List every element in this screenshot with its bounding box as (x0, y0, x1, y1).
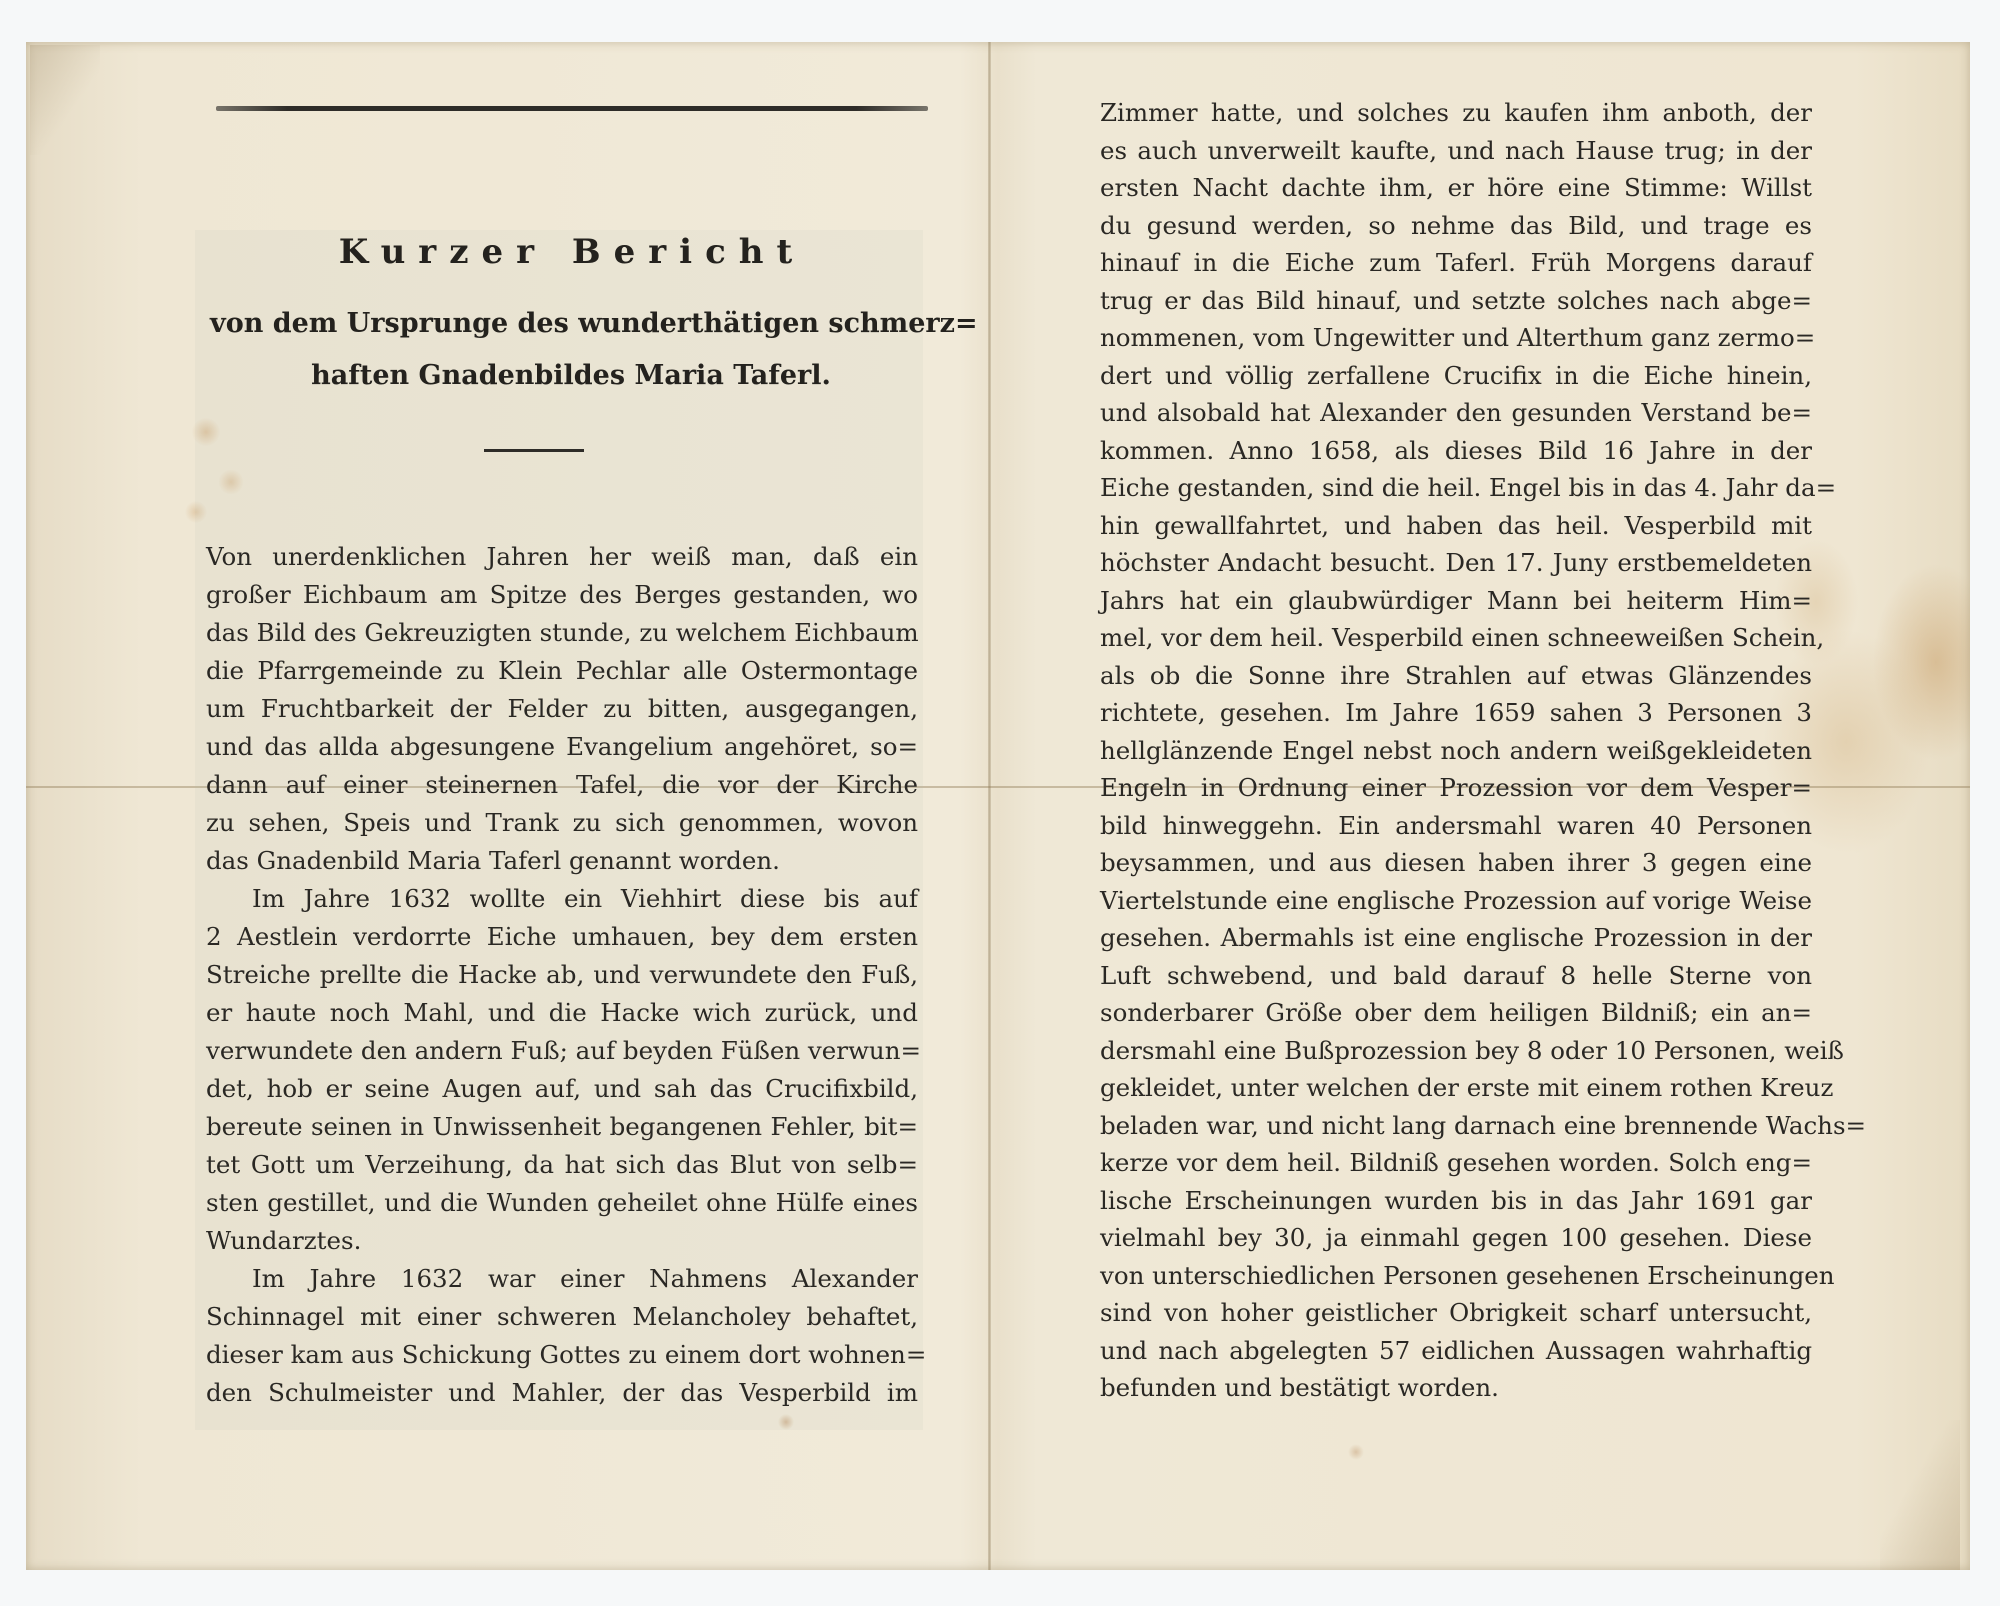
text-line: sten gestillet, und die Wunden geheilet … (206, 1186, 918, 1220)
text-line: zu sehen, Speis und Trank zu sich genomm… (206, 806, 918, 840)
text-line: vielmahl bey 30, ja einmahl gegen 100 ge… (1100, 1221, 1812, 1255)
text-line: richtete, gesehen. Im Jahre 1659 sahen 3… (1100, 696, 1812, 730)
text-line: die Pfarrgemeinde zu Klein Pechlar alle … (206, 654, 918, 688)
text-line: Luft schwebend, und bald darauf 8 helle … (1100, 959, 1812, 993)
subtitle-line: von dem Ursprunge des wunderthätigen sch… (210, 308, 932, 339)
text-line: dann auf einer steinernen Tafel, die vor… (206, 768, 918, 802)
text-line: dersmahl eine Bußprozession bey 8 oder 1… (1100, 1034, 1812, 1068)
text-line: Von unerdenklichen Jahren her weiß man, … (206, 540, 918, 574)
text-line: du gesund werden, so nehme das Bild, und… (1100, 209, 1812, 243)
text-line: Im Jahre 1632 war einer Nahmens Alexande… (206, 1262, 918, 1296)
text-line: sind von hoher geistlicher Obrigkeit sch… (1100, 1296, 1812, 1330)
text-line: und das allda abgesungene Evangelium ang… (206, 730, 918, 764)
text-line: gekleidet, unter welchen der erste mit e… (1100, 1071, 1812, 1105)
text-line: und alsobald hat Alexander den gesunden … (1100, 396, 1812, 430)
text-line: hinauf in die Eiche zum Taferl. Früh Mor… (1100, 246, 1812, 280)
corner-crease (30, 45, 100, 155)
text-line: Schinnagel mit einer schweren Melanchole… (206, 1300, 918, 1334)
text-line: ersten Nacht dachte ihm, er höre eine St… (1100, 171, 1812, 205)
text-line: det, hob er seine Augen auf, und sah das… (206, 1072, 918, 1106)
text-line: kommen. Anno 1658, als dieses Bild 16 Ja… (1100, 434, 1812, 468)
text-line: bereute seinen in Unwissenheit begangene… (206, 1110, 918, 1144)
text-line: verwundete den andern Fuß; auf beyden Fü… (206, 1034, 918, 1068)
text-line: mel, vor dem heil. Vesperbild einen schn… (1100, 621, 1812, 655)
text-line: dert und völlig zerfallene Crucifix in d… (1100, 359, 1812, 393)
text-line: bild hinweggehn. Ein andersmahl waren 40… (1100, 809, 1812, 843)
text-line: großer Eichbaum am Spitze des Berges ges… (206, 578, 918, 612)
separator-rule (484, 449, 584, 452)
text-line: trug er das Bild hinauf, und setzte solc… (1100, 284, 1812, 318)
text-line: um Fruchtbarkeit der Felder zu bitten, a… (206, 692, 918, 726)
text-line: nommenen, vom Ungewitter und Alterthum g… (1100, 321, 1812, 355)
text-line: als ob die Sonne ihre Strahlen auf etwas… (1100, 659, 1812, 693)
text-line: Streiche prellte die Hacke ab, und verwu… (206, 958, 918, 992)
text-line: und nach abgelegten 57 eidlichen Aussage… (1100, 1334, 1812, 1368)
text-line: Jahrs hat ein glaubwürdiger Mann bei hei… (1100, 584, 1812, 618)
text-line: beladen war, und nicht lang darnach eine… (1100, 1109, 1812, 1143)
corner-crease (1880, 1420, 1960, 1570)
top-rule (216, 106, 928, 111)
text-line: das Bild des Gekreuzigten stunde, zu wel… (206, 616, 918, 650)
text-line: gesehen. Abermahls ist eine englische Pr… (1100, 921, 1812, 955)
text-line: befunden und bestätigt worden. (1100, 1371, 1812, 1405)
text-line: das Gnadenbild Maria Taferl genannt word… (206, 844, 918, 878)
text-line: tet Gott um Verzeihung, da hat sich das … (206, 1148, 918, 1182)
text-line: Im Jahre 1632 wollte ein Viehhirt diese … (206, 882, 918, 916)
text-line: Engeln in Ordnung einer Prozession vor d… (1100, 771, 1812, 805)
page-title: Kurzer Bericht (216, 232, 928, 272)
text-line: es auch unverweilt kaufte, und nach Haus… (1100, 134, 1812, 168)
text-line: Eiche gestanden, sind die heil. Engel bi… (1100, 471, 1812, 505)
text-line: 2 Aestlein verdorrte Eiche umhauen, bey … (206, 920, 918, 954)
text-line: lische Erscheinungen wurden bis in das J… (1100, 1184, 1812, 1218)
text-line: er haute noch Mahl, und die Hacke wich z… (206, 996, 918, 1030)
text-line: höchster Andacht besucht. Den 17. Juny e… (1100, 546, 1812, 580)
text-line: hin gewallfahrtet, und haben das heil. V… (1100, 509, 1812, 543)
text-line: von unterschiedlichen Personen gesehenen… (1100, 1259, 1812, 1293)
text-line: hellglänzende Engel nebst noch andern we… (1100, 734, 1812, 768)
text-line: beysammen, und aus diesen haben ihrer 3 … (1100, 846, 1812, 880)
text-line: sonderbarer Größe ober dem heiligen Bild… (1100, 996, 1812, 1030)
subtitle-line: haften Gnadenbildes Maria Taferl. (210, 360, 932, 391)
text-line: Wundarztes. (206, 1224, 918, 1258)
text-line: Zimmer hatte, und solches zu kaufen ihm … (1100, 96, 1812, 130)
text-line: dieser kam aus Schickung Gottes zu einem… (206, 1338, 918, 1372)
text-line: kerze vor dem heil. Bildniß gesehen word… (1100, 1146, 1812, 1180)
text-line: Viertelstunde eine englische Prozession … (1100, 884, 1812, 918)
text-line: den Schulmeister und Mahler, der das Ves… (206, 1376, 918, 1410)
